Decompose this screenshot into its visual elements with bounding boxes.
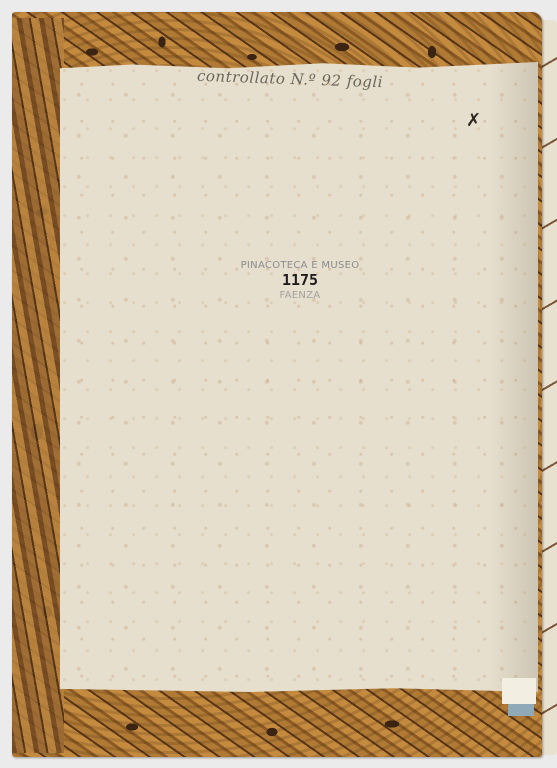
marbled-spine-strip bbox=[12, 18, 64, 753]
stamp-inventory-number: 1175 bbox=[240, 273, 360, 288]
stamp-city: FAENZA bbox=[240, 288, 360, 303]
library-stamp: PINACOTECA E MUSEO 1175 FAENZA bbox=[240, 258, 360, 303]
paper-pastedown bbox=[60, 62, 538, 692]
handwritten-cross-mark: ✗ bbox=[466, 110, 481, 131]
paper-label bbox=[502, 678, 536, 704]
blue-tape bbox=[508, 704, 534, 716]
adjacent-page-edge bbox=[541, 20, 557, 755]
